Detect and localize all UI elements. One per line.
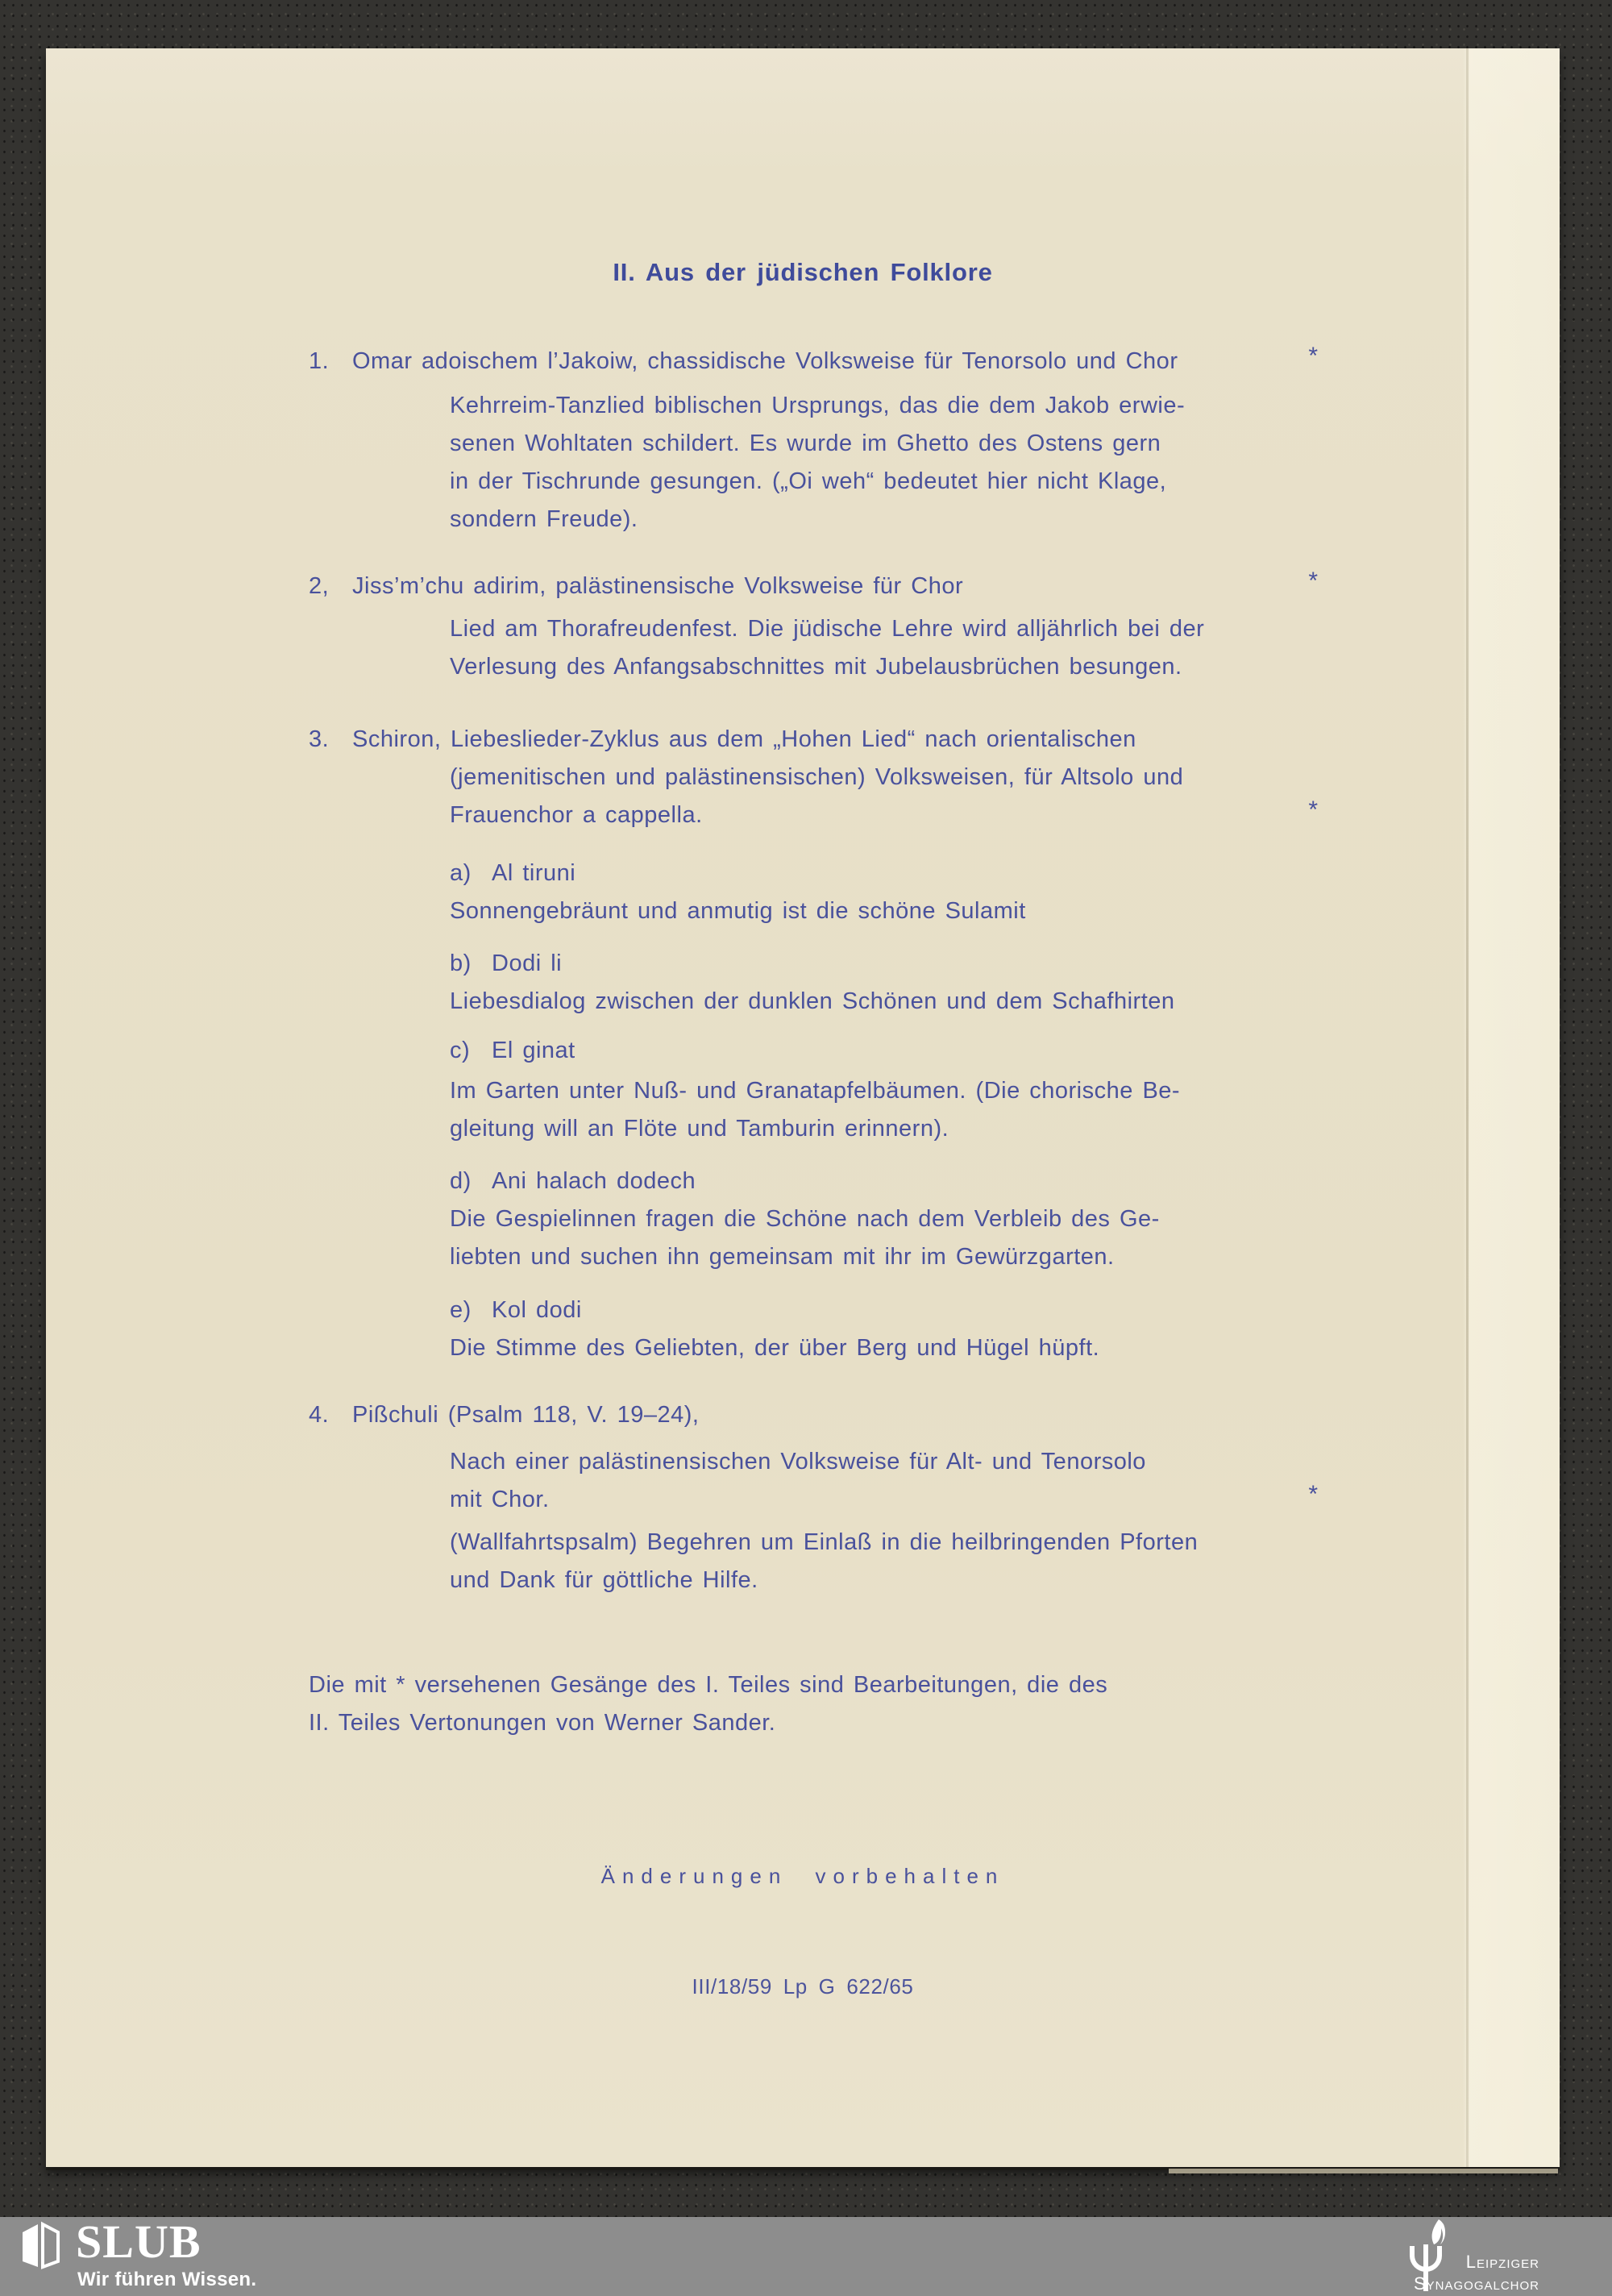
subitem-d-heading: d)Ani halach dodech xyxy=(450,1163,696,1200)
subitem-e-description: Die Stimme des Geliebten, der über Berg … xyxy=(450,1329,1099,1367)
slub-tagline: Wir führen Wissen. xyxy=(77,2269,256,2291)
subitem-b-name: Dodi li xyxy=(492,950,562,976)
slub-wordmark: SLUB xyxy=(76,2219,201,2265)
choir-name-line1: Leipziger xyxy=(1414,2251,1539,2273)
item-4-number: 4. xyxy=(309,1396,352,1434)
item-1-description: Kehrreim-Tanzlied biblischen Ursprungs, … xyxy=(450,387,1185,539)
subitem-e-heading: e)Kol dodi xyxy=(450,1291,582,1329)
item-3-number: 3. xyxy=(309,721,352,759)
item-2-description: Lied am Thorafreudenfest. Die jüdische L… xyxy=(450,610,1204,686)
subitem-e-name: Kol dodi xyxy=(492,1297,582,1323)
item-4-description-2: (Wallfahrtspsalm) Begehren um Einlaß in … xyxy=(450,1524,1198,1599)
choir-logo-text: Leipziger Synagogalchor xyxy=(1414,2251,1539,2294)
slub-book-icon xyxy=(20,2220,62,2274)
document-page: II. Aus der jüdischen Folklore 1.Omar ad… xyxy=(46,48,1560,2167)
item-1-star: * xyxy=(309,343,1318,370)
subitem-b-description: Liebesdialog zwischen der dunklen Schöne… xyxy=(450,983,1175,1021)
item-4-title: Pißchuli (Psalm 118, V. 19–24), xyxy=(352,1402,699,1428)
scan-background: { "document": { "title": "II. Aus der jü… xyxy=(0,0,1612,2296)
page-fold xyxy=(1466,48,1469,2167)
footer-bar: SLUB Wir führen Wissen. Leipziger Synago… xyxy=(0,2217,1612,2296)
item-3-title-line1: Schiron, Liebeslieder-Zyklus aus dem „Ho… xyxy=(352,726,1136,752)
list-item-3-heading: 3.Schiron, Liebeslieder-Zyklus aus dem „… xyxy=(309,721,1365,759)
item-2-star: * xyxy=(309,568,1318,595)
choir-name-line2: Synagogalchor xyxy=(1414,2273,1539,2294)
subitem-c-name: El ginat xyxy=(492,1038,575,1063)
footnote: Die mit * versehenen Gesänge des I. Teil… xyxy=(309,1666,1107,1742)
subitem-a-name: Al tiruni xyxy=(492,860,575,886)
subitem-a-description: Sonnengebräunt und anmutig ist die schön… xyxy=(450,892,1026,930)
item-3-title-line2: (jemenitischen und palästinensischen) Vo… xyxy=(450,759,1183,797)
change-notice: Änderungen vorbehalten xyxy=(46,1864,1560,1889)
print-code: III/18/59 Lp G 622/65 xyxy=(46,1974,1560,1999)
subitem-a-label: a) xyxy=(450,855,492,892)
page-title: II. Aus der jüdischen Folklore xyxy=(46,258,1560,287)
subitem-d-name: Ani halach dodech xyxy=(492,1168,696,1194)
subitem-c-label: c) xyxy=(450,1032,492,1070)
subitem-c-description: Im Garten unter Nuß- und Granatapfelbäum… xyxy=(450,1072,1180,1148)
list-item-4-heading: 4.Pißchuli (Psalm 118, V. 19–24), xyxy=(309,1396,1365,1434)
subitem-d-label: d) xyxy=(450,1163,492,1200)
page-bottom-edge xyxy=(1169,2169,1558,2173)
subitem-e-label: e) xyxy=(450,1291,492,1329)
subitem-a-heading: a)Al tiruni xyxy=(450,855,575,892)
subitem-b-heading: b)Dodi li xyxy=(450,945,562,983)
subitem-c-heading: c)El ginat xyxy=(450,1032,575,1070)
item-4-star: * xyxy=(309,1481,1318,1508)
item-3-star: * xyxy=(309,797,1318,824)
subitem-d-description: Die Gespielinnen fragen die Schöne nach … xyxy=(450,1200,1160,1276)
subitem-b-label: b) xyxy=(450,945,492,983)
